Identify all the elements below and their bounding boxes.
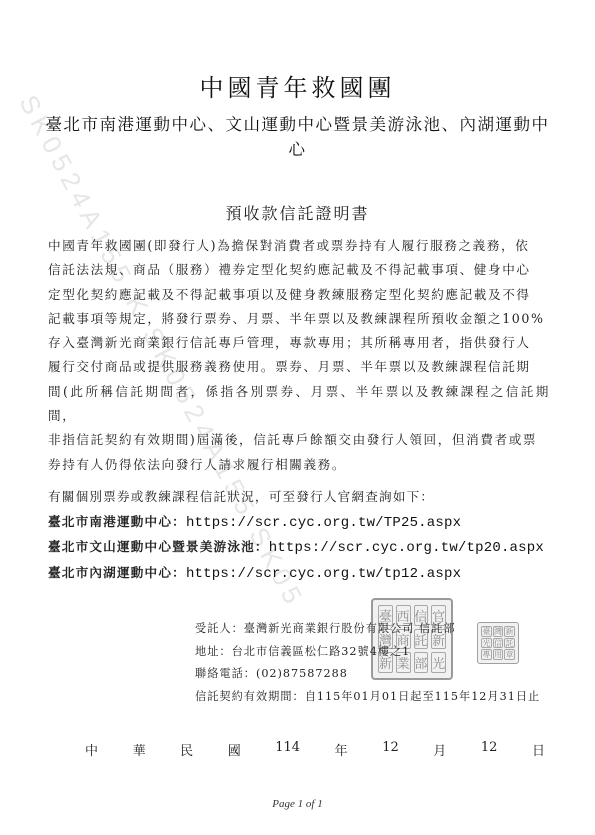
date-part: 月 [433, 740, 446, 759]
body-line: 間(此所稱信託期間者，係指各別票券、月票、半年票以及教練課程之信託期間， [48, 380, 550, 429]
date-month: 12 [382, 740, 399, 759]
body-line: 履行交付商品或提供服務義務使用。票券、月票、半年票以及教練課程信託期 [48, 355, 550, 379]
trustee-phone-row: 聯絡電話：(02)87587288 [195, 663, 575, 686]
site-link[interactable]: https://scr.cyc.org.tw/tp12.aspx [186, 566, 461, 582]
validity-label: 信託契約有效期間： [195, 690, 305, 703]
trustee-block: 受託人：臺灣新光商業銀行股份有限公司 信託部 地址：台北市信義區松仁路32號4樓… [195, 618, 575, 708]
site-row-wenshan: 臺北市文山運動中心暨景美游泳池：https://scr.cyc.org.tw/t… [48, 535, 558, 561]
body-line: 非指信託契約有效期間)屆滿後，信託專戶餘額交由發行人領回，但消費者或票 [48, 428, 550, 452]
date-part: 國 [228, 740, 241, 759]
body-line: 信託法法規、商品（服務）禮券定型化契約應記載及不得記載事項、健身中心 [48, 258, 550, 282]
validity-value: 自115年01月01日起至115年12月31日止 [305, 690, 541, 703]
trustee-address-row: 地址：台北市信義區松仁路32號4樓之1 [195, 641, 575, 664]
site-link[interactable]: https://scr.cyc.org.tw/tp20.aspx [269, 540, 544, 556]
site-name: 臺北市文山運動中心暨景美游泳池： [48, 539, 269, 554]
page-number: Page 1 of 1 [0, 798, 595, 810]
trustee-label: 受託人： [195, 622, 244, 635]
date-part: 中 [85, 740, 98, 759]
site-name: 臺北市內湖運動中心： [48, 565, 186, 580]
date-part: 年 [335, 740, 348, 759]
body-line: 存入臺灣新光商業銀行信託專戶管理，專款專用；其所稱專用者，指供發行人 [48, 331, 550, 355]
inquiry-section: 有關個別票券或教練課程信託狀況，可至發行人官網查詢如下： 臺北市南港運動中心：h… [48, 485, 558, 586]
venue-subtitle: 臺北市南港運動中心、文山運動中心暨景美游泳池、內湖運動中心 [40, 112, 555, 162]
trustee-name-row: 受託人：臺灣新光商業銀行股份有限公司 信託部 [195, 618, 575, 641]
trustee-name: 臺灣新光商業銀行股份有限公司 信託部 [244, 622, 456, 635]
certificate-body: 中國青年救國團(即發行人)為擔保對消費者或票券持有人履行服務之義務，依 信託法法… [48, 234, 550, 477]
date-day: 12 [481, 740, 498, 759]
phone-label: 聯絡電話： [195, 667, 256, 680]
issue-date: 中 華 民 國 114 年 12 月 12 日 [85, 740, 545, 759]
body-line: 定型化契約應記載及不得記載事項以及健身教練服務定型化契約應記載及不得 [48, 283, 550, 307]
date-year: 114 [275, 740, 300, 759]
phone-value: (02)87587288 [256, 667, 348, 680]
body-line: 記載事項等規定，將發行票券、月票、半年票以及教練課程所預收金額之100% [48, 307, 550, 331]
address-label: 地址： [195, 645, 232, 658]
address-value: 台北市信義區松仁路32號4樓之1 [232, 645, 411, 658]
date-part: 日 [532, 740, 545, 759]
site-name: 臺北市南港運動中心： [48, 514, 186, 529]
date-part: 民 [180, 740, 193, 759]
organization-title: 中國青年救國團 [0, 68, 595, 103]
site-link[interactable]: https://scr.cyc.org.tw/TP25.aspx [186, 515, 461, 531]
inquiry-intro: 有關個別票券或教練課程信託狀況，可至發行人官網查詢如下： [48, 485, 558, 510]
site-row-neihu: 臺北市內湖運動中心：https://scr.cyc.org.tw/tp12.as… [48, 561, 558, 587]
document-title: 預收款信託證明書 [0, 201, 595, 224]
body-line: 中國青年救國團(即發行人)為擔保對消費者或票券持有人履行服務之義務，依 [48, 234, 550, 258]
body-line: 券持有人仍得依法向發行人請求履行相關義務。 [48, 453, 550, 477]
trustee-validity-row: 信託契約有效期間：自115年01月01日起至115年12月31日止 [195, 686, 575, 709]
date-part: 華 [133, 740, 146, 759]
site-row-nangang: 臺北市南港運動中心：https://scr.cyc.org.tw/TP25.as… [48, 510, 558, 536]
